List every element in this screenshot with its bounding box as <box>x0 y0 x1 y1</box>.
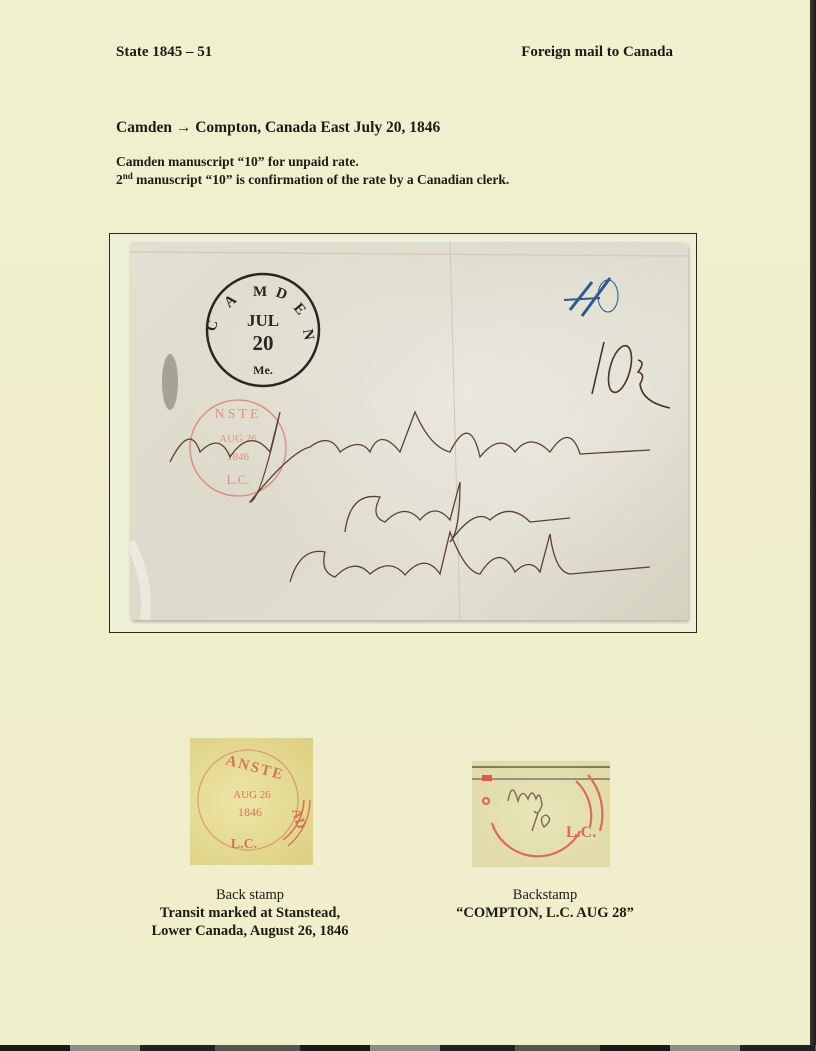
caption-compton-line-1: Backstamp <box>420 886 670 904</box>
album-page: State 1845 – 51 Foreign mail to Canada C… <box>0 0 810 1045</box>
svg-text:AUG 26: AUG 26 <box>233 789 271 801</box>
svg-text:E: E <box>290 300 309 318</box>
svg-text:L.C.: L.C. <box>226 472 249 487</box>
svg-text:D: D <box>274 285 290 304</box>
backstamp-compton-image: L.C. <box>472 761 610 867</box>
backstamp-stanstead-image: ANSTE AD AUG 26 1846 L.C. <box>190 738 313 865</box>
svg-text:1846: 1846 <box>238 805 262 819</box>
caption-stanstead-line-2: Transit marked at Stanstead, <box>130 904 370 922</box>
cover-frame: M A C D E N JUL 20 Me. NSTE AUG 26 <box>109 233 697 633</box>
description: Camden manuscript “10” for unpaid rate. … <box>116 153 509 189</box>
svg-text:AUG 26: AUG 26 <box>219 433 257 445</box>
caption-stanstead-line-3: Lower Canada, August 26, 1846 <box>130 922 370 940</box>
svg-text:L.C.: L.C. <box>231 837 257 852</box>
camden-postmark: M A C D E N JUL 20 Me. <box>203 274 319 386</box>
page-title: Camden → Compton, Canada East July 20, 1… <box>116 119 440 137</box>
blue-rate-mark <box>564 278 618 316</box>
svg-text:JUL: JUL <box>247 311 279 330</box>
svg-text:NSTE: NSTE <box>215 407 262 422</box>
svg-text:ANSTE: ANSTE <box>224 753 286 784</box>
header-period: State 1845 – 51 <box>116 44 212 61</box>
stampless-cover-image: M A C D E N JUL 20 Me. NSTE AUG 26 <box>130 242 688 620</box>
scan-edge-bottom <box>0 1045 816 1051</box>
svg-text:M: M <box>253 284 267 300</box>
svg-text:AD: AD <box>288 807 308 830</box>
svg-text:20: 20 <box>253 331 274 355</box>
caption-compton: Backstamp “COMPTON, L.C. AUG 28” <box>420 886 670 922</box>
svg-text:A: A <box>221 292 240 311</box>
caption-stanstead: Back stamp Transit marked at Stanstead, … <box>130 886 370 940</box>
manuscript-rate-10 <box>592 342 670 408</box>
svg-text:L.C.: L.C. <box>566 824 596 841</box>
scan-edge-right <box>810 0 816 1051</box>
description-line-1: Camden manuscript “10” for unpaid rate. <box>116 153 509 171</box>
description-line-2: 2nd manuscript “10” is confirmation of t… <box>116 171 509 189</box>
caption-stanstead-line-1: Back stamp <box>130 886 370 904</box>
svg-text:Me.: Me. <box>253 363 273 377</box>
header-topic: Foreign mail to Canada <box>521 44 673 61</box>
cover-markings: M A C D E N JUL 20 Me. NSTE AUG 26 <box>130 242 688 620</box>
svg-text:N: N <box>299 328 317 342</box>
caption-compton-line-2: “COMPTON, L.C. AUG 28” <box>420 904 670 922</box>
